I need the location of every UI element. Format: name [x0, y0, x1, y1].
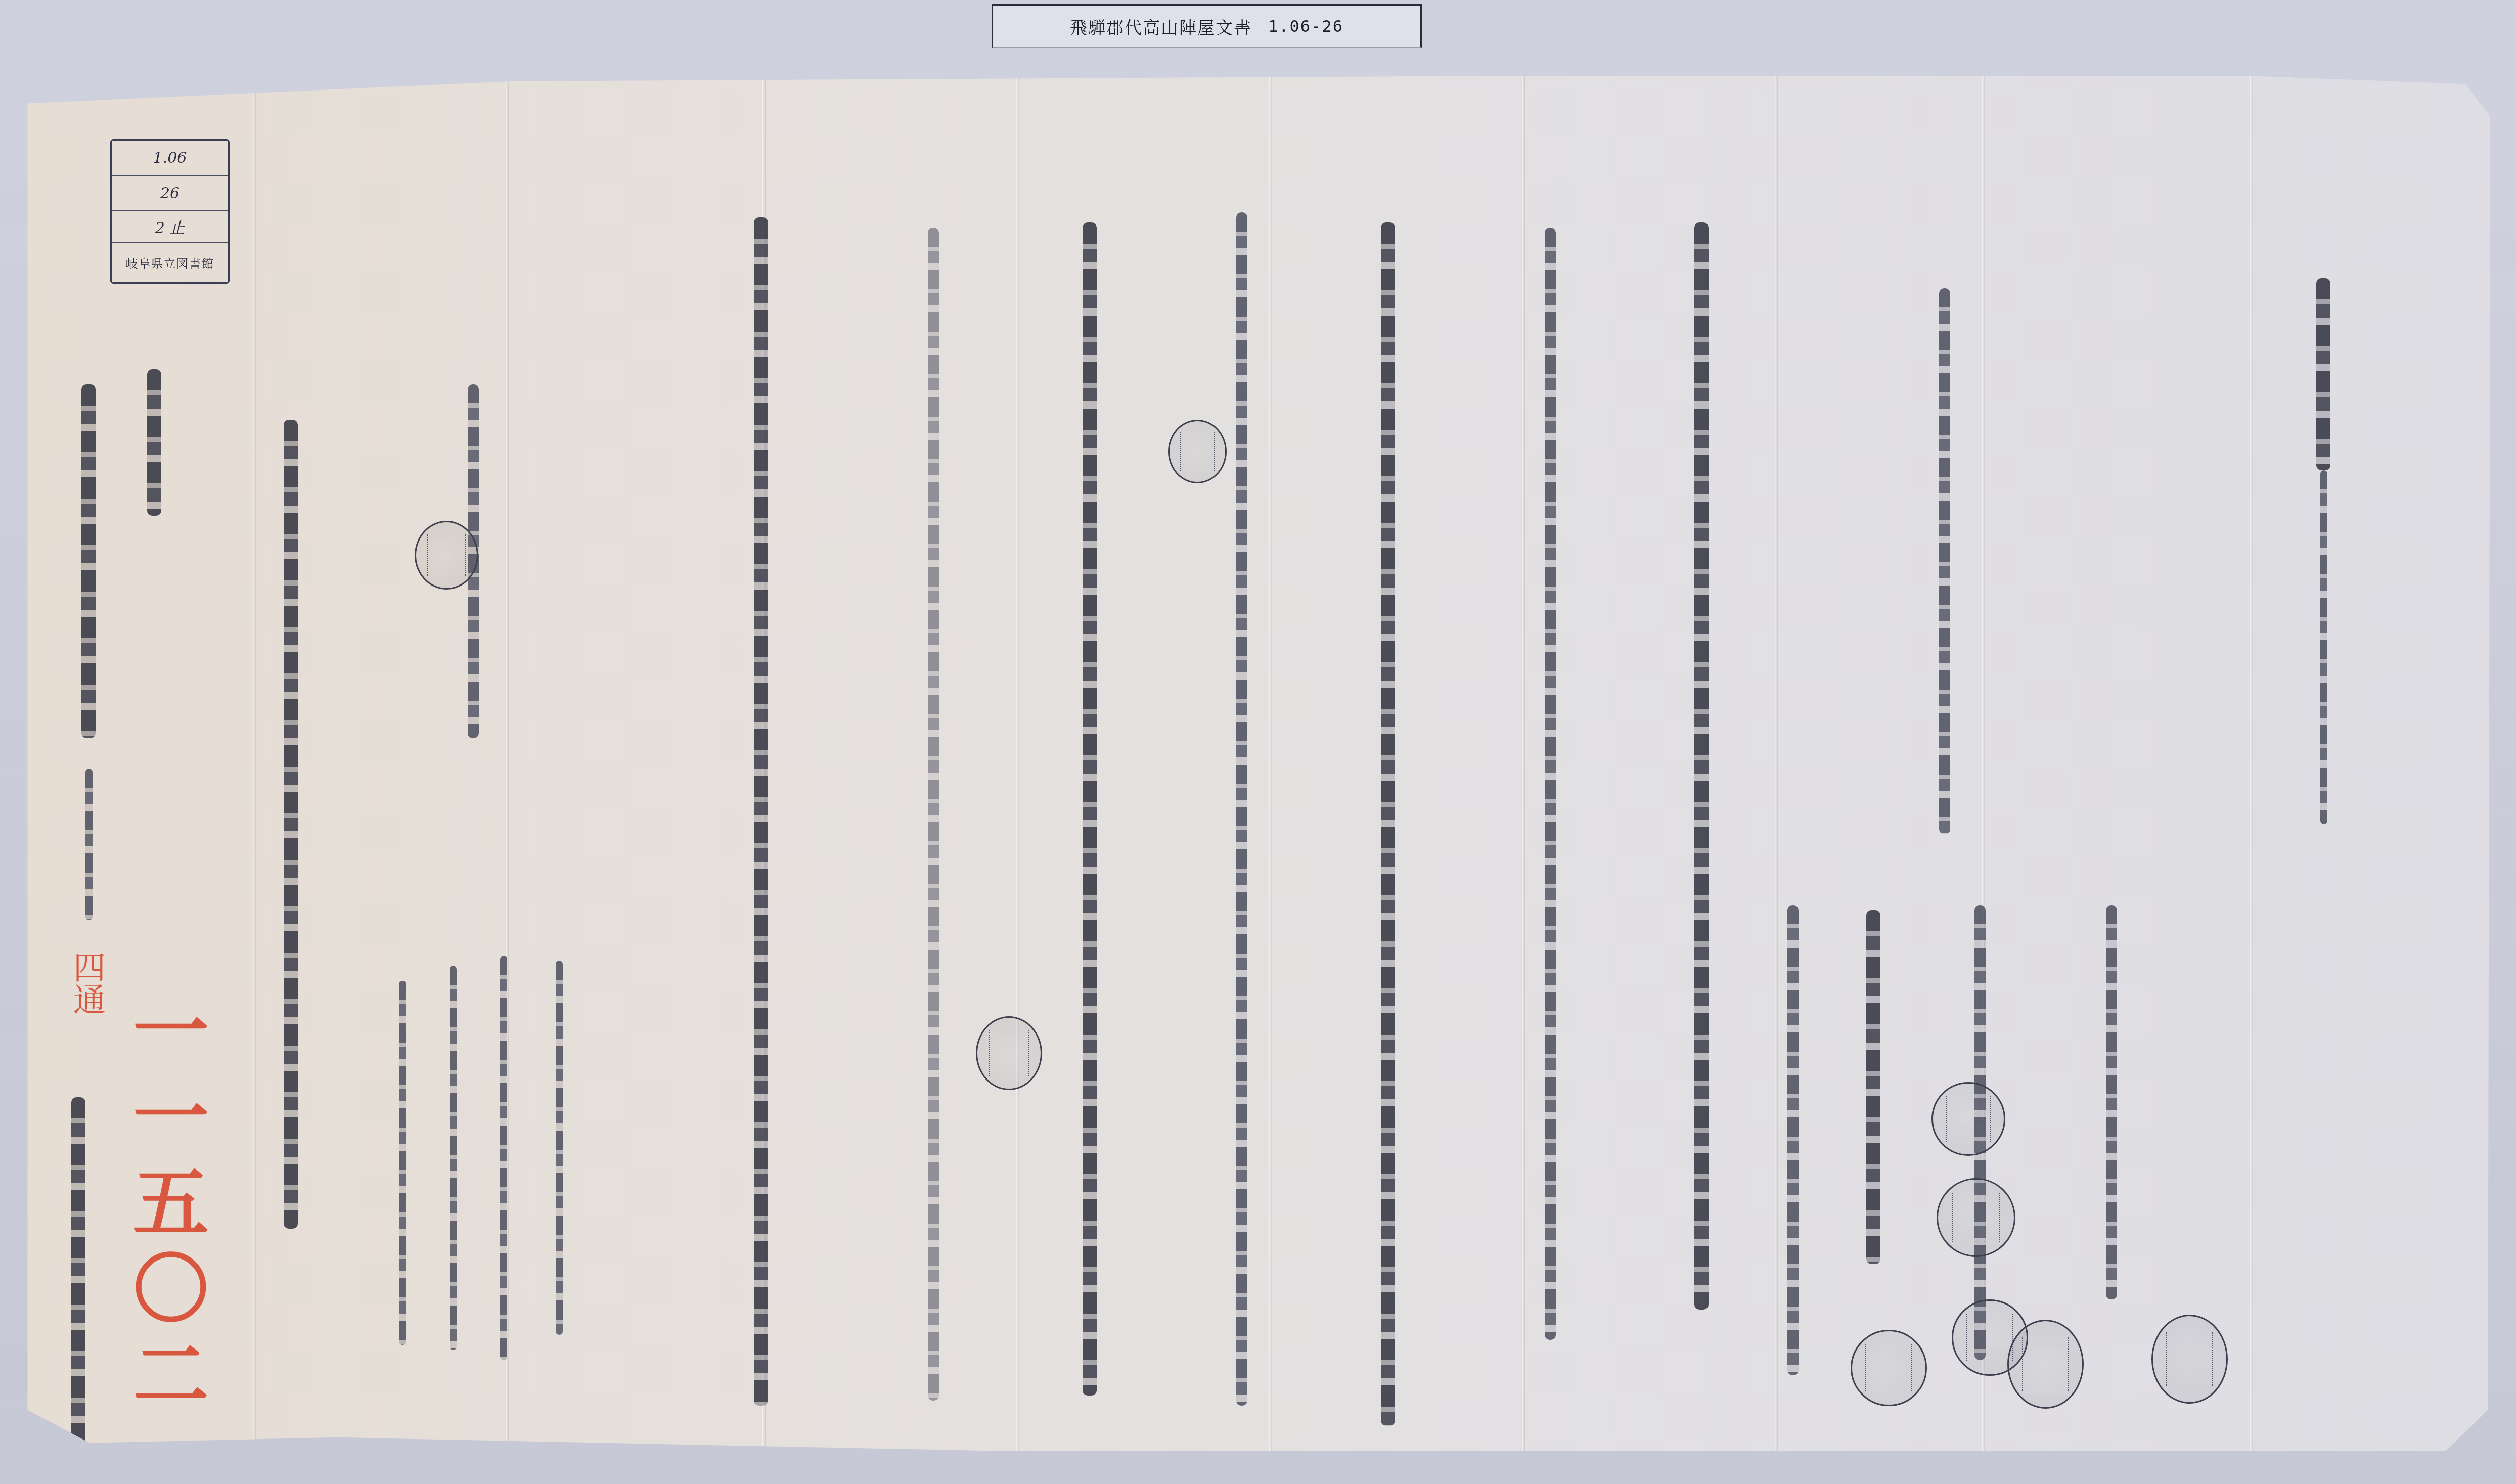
seal-impression: [1851, 1330, 1927, 1406]
seal-impression: [1931, 1082, 2005, 1156]
text-column-note: [430, 966, 475, 1345]
seal-impression: [415, 521, 478, 590]
text-column-heading: [2301, 278, 2346, 844]
catalog-code: 1.06-26: [1268, 17, 1343, 36]
red-annotation-number: 一一五〇二: [126, 991, 202, 1421]
seal-impression: [2151, 1315, 2228, 1404]
text-column-body: [1365, 222, 1411, 1436]
text-column-body: [910, 228, 956, 1441]
text-column-body: [738, 217, 784, 1431]
text-column: [1921, 288, 1967, 895]
stamp-row-3: 2 止: [112, 211, 228, 243]
stamp-row-1: 1.06: [112, 141, 228, 176]
seal-impression: [1937, 1178, 2015, 1257]
seal-impression: [2007, 1320, 2084, 1409]
text-column: [268, 420, 313, 1279]
fold-crease: [1269, 76, 1272, 1451]
red-annotation-count: 四通: [63, 951, 110, 1015]
text-column-signatory: [1851, 910, 1896, 1390]
text-column-body: [1067, 222, 1112, 1436]
fold-crease: [2250, 76, 2253, 1451]
text-column-note: [379, 981, 425, 1345]
text-column-date: [2088, 905, 2134, 1436]
text-column-body: [1527, 228, 1572, 1441]
text-column-address: [131, 369, 177, 622]
text-column-note: [536, 961, 581, 1340]
seal-impression: [976, 1016, 1042, 1090]
seal-impression: [1168, 420, 1227, 483]
fold-crease: [1522, 76, 1525, 1451]
manuscript-paper: [15, 76, 2495, 1451]
text-column-signatory: [1770, 905, 1815, 1385]
text-column-address: [66, 384, 111, 991]
fold-crease: [1016, 76, 1019, 1451]
text-column-body: [1679, 222, 1724, 1436]
catalog-label: 飛騨郡代高山陣屋文書 1.06-26: [992, 4, 1422, 48]
catalog-title: 飛騨郡代高山陣屋文書: [1070, 14, 1252, 39]
fold-crease: [253, 76, 256, 1451]
library-stamp: 1.06 26 2 止 岐阜県立図書館: [110, 139, 230, 284]
text-column-signature: [56, 1097, 101, 1461]
stamp-row-2: 26: [112, 176, 228, 211]
text-column-note: [480, 956, 526, 1360]
stamp-institution: 岐阜県立図書館: [112, 243, 228, 282]
text-column-body: [1219, 212, 1264, 1476]
